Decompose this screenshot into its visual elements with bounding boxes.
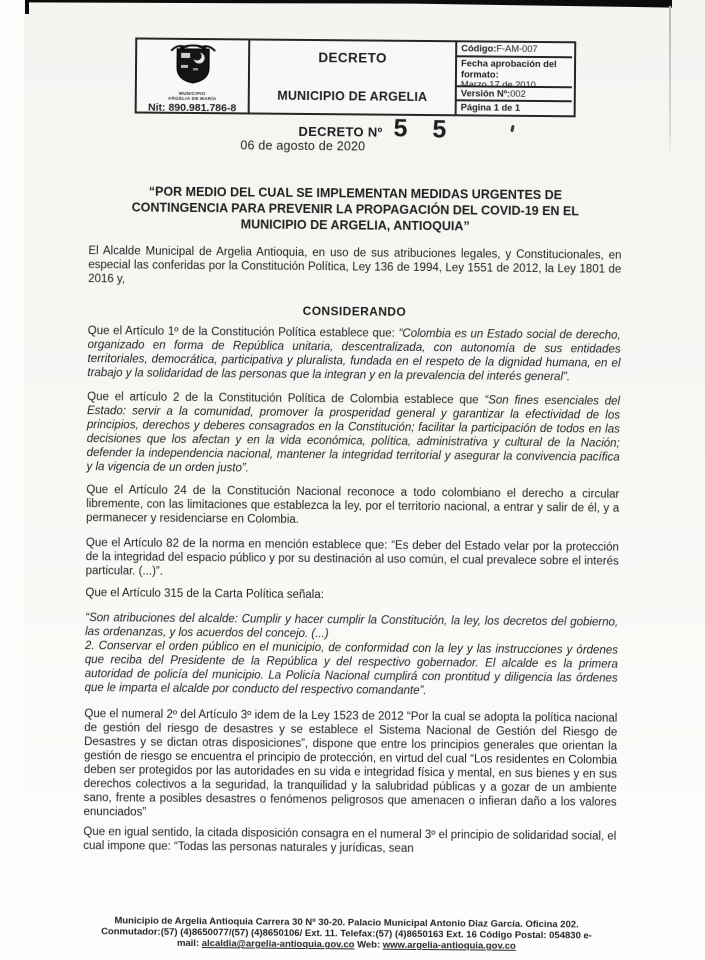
paragraph-segment: Que el Artículo 24 de la Constitución Na…	[86, 484, 619, 526]
decree-title: “POR MEDIO DEL CUAL SE IMPLEMENTAN MEDID…	[99, 183, 612, 235]
paragraph-segment: 2. Conservar el orden público en el muni…	[85, 640, 618, 697]
scan-corner-artifact	[25, 0, 29, 14]
footer-text: Web:	[354, 939, 382, 950]
paragraph: “Son atribuciones del alcalde: Cumplir y…	[85, 611, 619, 700]
footer-link-text: www.argelia-antioquia.gov.co	[383, 940, 516, 952]
paragraph-segment: “Son fines esenciales del Estado: servir…	[86, 395, 620, 475]
body-paragraphs: Que el Artículo 1º de la Constitución Po…	[83, 324, 621, 858]
paragraph: Que el numeral 2º del Artículo 3º idem d…	[83, 707, 617, 824]
paragraph: Que en igual sentido, la citada disposic…	[83, 825, 616, 858]
scan-fold-line-artifact	[669, 6, 671, 156]
paragraph-segment: Que el artículo 2 de la Constitución Pol…	[87, 391, 484, 406]
paragraph: Que el Artículo 315 de la Carta Política…	[85, 586, 618, 605]
main-text-column: “POR MEDIO DEL CUAL SE IMPLEMENTAN MEDID…	[83, 0, 623, 858]
paragraph-segment: Que el Artículo 1º de la Constitución Po…	[88, 325, 399, 340]
intro-paragraph: El Alcalde Municipal de Argelia Antioqui…	[88, 244, 621, 291]
paragraph: Que el Artículo 24 de la Constitución Na…	[86, 483, 619, 530]
footer-text: mail:	[177, 938, 202, 949]
paragraph-segment: Que el numeral 2º del Artículo 3º idem d…	[83, 708, 617, 819]
page-footer: Municipio de Argelia Antioquia Carrera 3…	[46, 915, 646, 953]
footer-link-text: alcaldia@argelia-antioquia.gov.co	[202, 938, 355, 950]
paragraph: Que el Artículo 82 de la norma en menció…	[86, 536, 619, 583]
paragraph: Que el artículo 2 de la Constitución Pol…	[86, 390, 620, 479]
considerando-heading: CONSIDERANDO	[88, 302, 621, 321]
paragraph-segment: Que en igual sentido, la citada disposic…	[83, 826, 616, 855]
paragraph-segment: Que el Artículo 315 de la Carta Política…	[85, 587, 324, 601]
document-page: MUNICIPIO ARGELIA DE MARÍA Nit: 890.981.…	[0, 0, 705, 960]
paragraph-segment: Que el Artículo 82 de la norma en menció…	[86, 537, 619, 578]
paragraph-segment: “Son atribuciones del alcalde: Cumplir y…	[85, 612, 618, 640]
paragraph: Que el Artículo 1º de la Constitución Po…	[87, 324, 620, 385]
